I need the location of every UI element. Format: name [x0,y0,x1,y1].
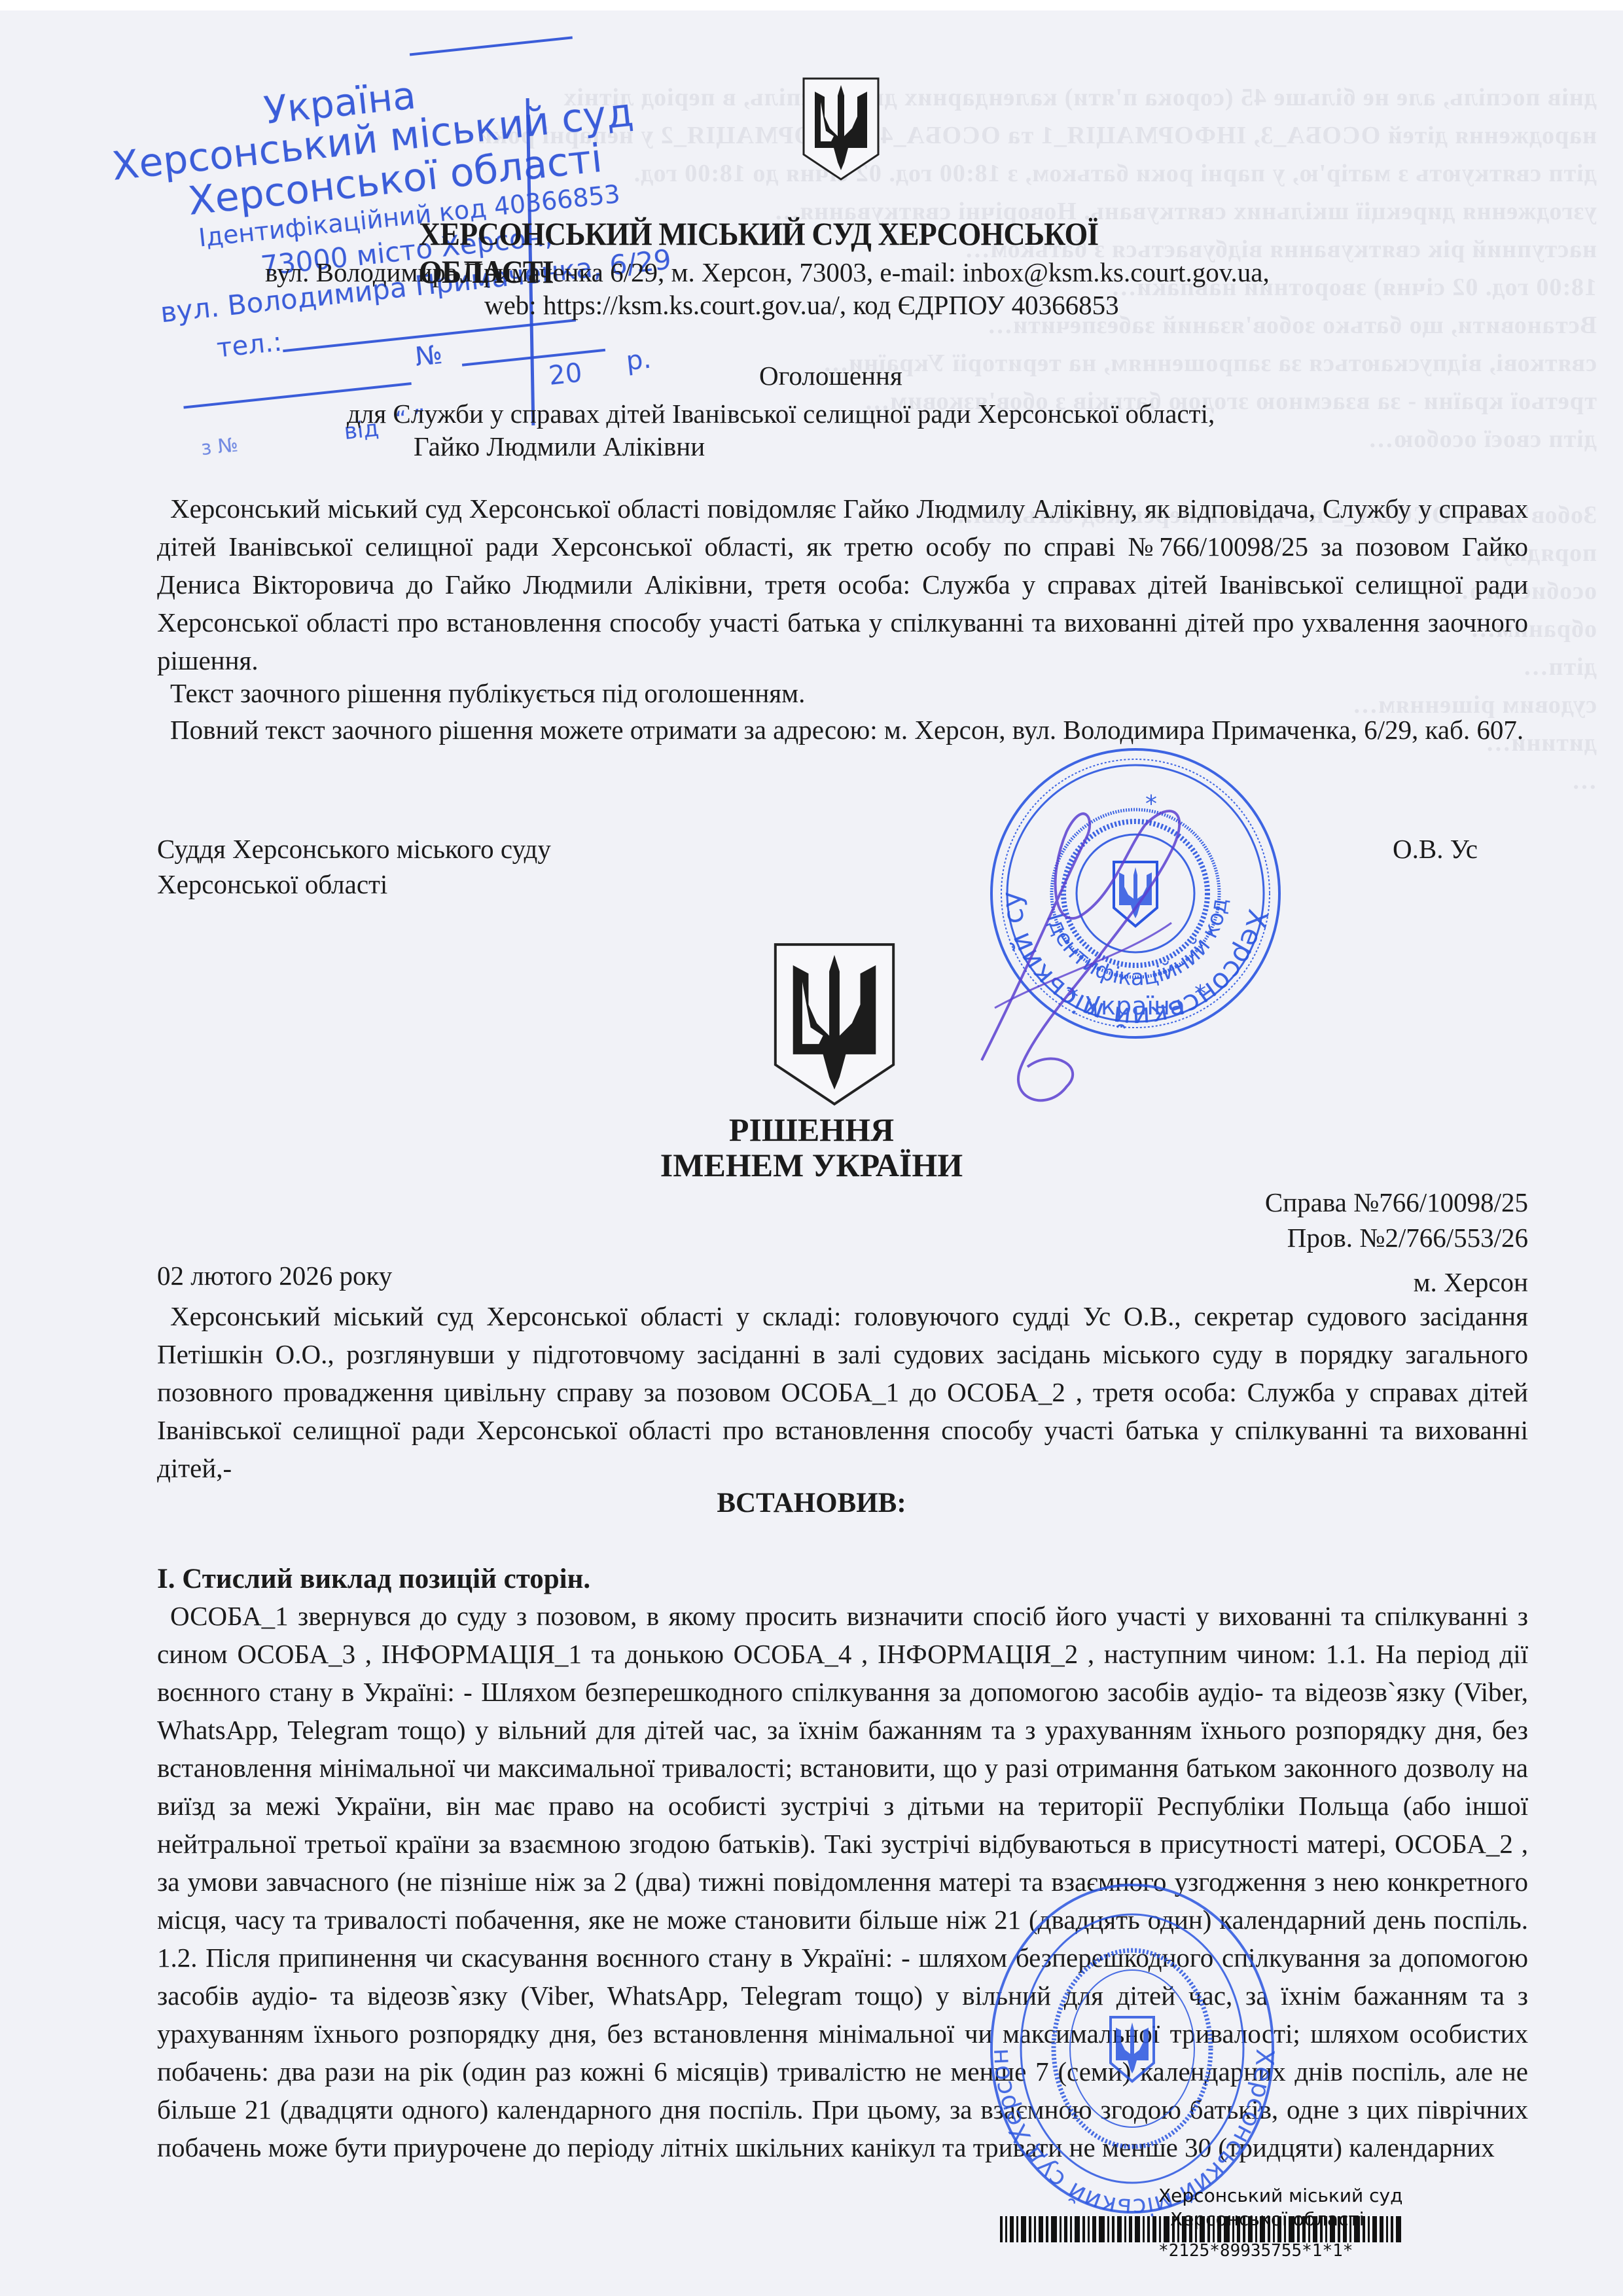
judge-title-line-1: Суддя Херсонського міського суду [157,830,551,868]
svg-text:*: * [1067,984,1079,1011]
announcement-title: Оголошення [759,360,902,391]
coat-of-arms-icon [772,942,897,1106]
decision-subtitle: ІМЕНЕМ УКРАЇНИ [0,1145,1623,1185]
stamp-no-line-right [462,349,605,367]
decision-intro: Херсонський міський суд Херсонської обла… [157,1297,1528,1487]
decision-title: РІШЕННЯ [0,1110,1623,1149]
stamp-no-label: № [414,340,444,372]
court-seal: Херсонський міський суд Херсонської обла… [982,740,1289,1050]
svg-text:Ідентифікаційний код 40366853: Ідентифікаційний код 40366853 [982,740,1233,991]
announcement-paragraph-2: Текст заочного рішення публікується під … [157,674,1528,712]
announcement-addressee-2: Гайко Людмили Аліківни [414,431,705,462]
stamp-tel-label: тел.: [215,327,283,363]
stamp-year: 20 [547,358,583,391]
judge-title-line-2: Херсонської області [157,865,387,903]
decision-city: м. Херсон [1414,1263,1528,1301]
court-address: вул. Володимира Примаченка 6/29, м. Херс… [265,257,1270,288]
proceeding-number: Пров. №2/766/553/26 [1287,1219,1528,1257]
announcement-addressee-1: для Служби у справах дітей Іванівської с… [347,398,1215,429]
barcode-number: *2125*89935755*1*1* [1158,2241,1353,2261]
judge-name: О.В. Ус [1393,830,1478,868]
section-1-text: ОСОБА_1 звернувся до суду з позовом, в я… [157,1597,1528,2166]
decision-date: 02 лютого 2026 року [157,1257,392,1295]
announcement-paragraph-1: Херсонський міський суд Херсонської обла… [157,490,1528,679]
section-1-heading: І. Стислий виклад позицій сторін. [157,1563,590,1595]
coat-of-arms-icon [802,77,880,181]
footer-court-name: Херсонський міський суд [1158,2185,1402,2206]
stamp-year-suffix: р. [625,344,653,377]
svg-text:Україна: Україна [1086,992,1185,1020]
document-barcode [1000,2216,1504,2242]
established-heading: ВСТАНОВИВ: [0,1487,1623,1519]
svg-text:*: * [1194,980,1206,1007]
case-number: Справа №766/10098/25 [1265,1183,1528,1221]
court-seal-bottom: Херсонський міський суд Херсонської обла… [982,1878,1283,2222]
announcement-paragraph-3: Повний текст заочного рішення можете отр… [157,711,1528,749]
stamp-ref-label: з № [200,433,239,460]
svg-text:*: * [1145,791,1157,817]
court-web-and-code: web: https://ksm.ks.court.gov.ua/, код Є… [484,289,1119,321]
